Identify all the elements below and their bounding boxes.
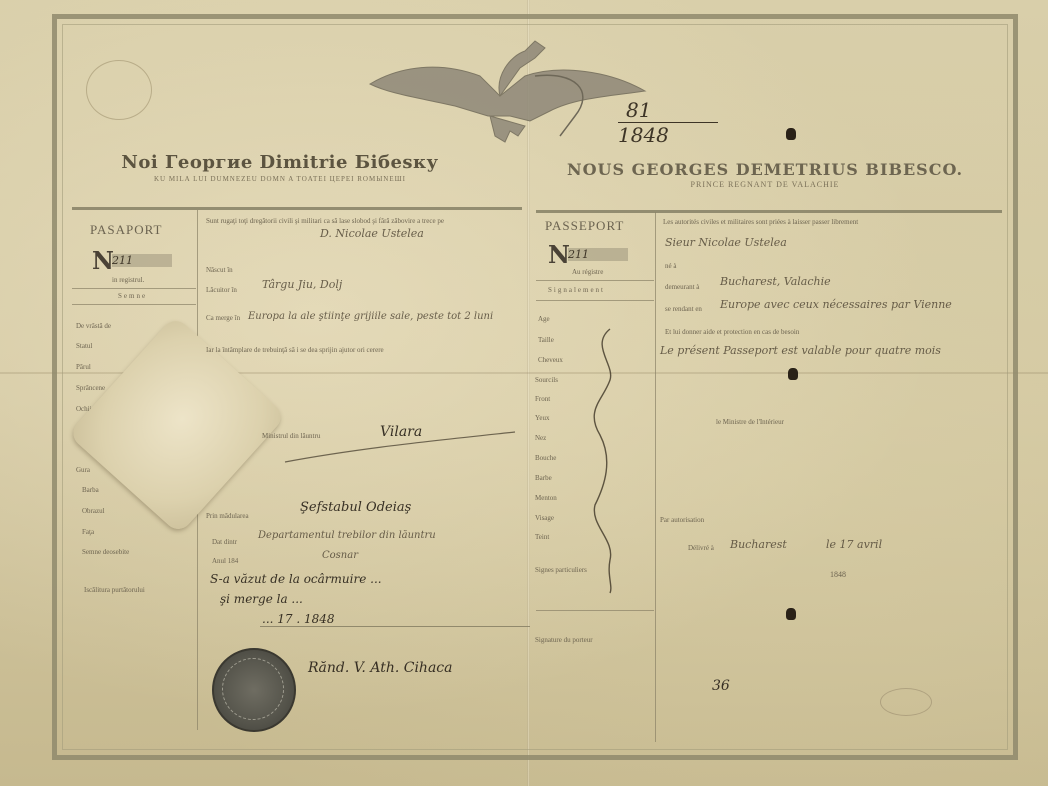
descriptor-label: Gura bbox=[76, 466, 90, 474]
header-rule-right bbox=[536, 210, 1002, 213]
damage-hole-icon bbox=[786, 128, 796, 140]
signature-flourish-icon bbox=[280, 428, 520, 468]
divider bbox=[536, 300, 654, 301]
official-seal-icon bbox=[212, 648, 296, 732]
help-text-french: Et lui donner aide et protection en cas … bbox=[665, 328, 799, 336]
descriptor-label: Cheveux bbox=[538, 356, 563, 364]
descriptor-label: Teint bbox=[535, 533, 549, 541]
authorization-label: Par autorisation bbox=[660, 516, 704, 524]
descriptor-label: Barbe bbox=[535, 474, 552, 482]
double-headed-eagle-icon bbox=[360, 36, 650, 146]
header-french: NOUS GEORGES DEMETRIUS BIBESCO. PRINCE R… bbox=[530, 160, 1000, 189]
right-panel-divider bbox=[655, 212, 656, 742]
descriptor-label: Statul bbox=[76, 342, 92, 350]
descriptor-label: Semne deosebite bbox=[82, 548, 129, 556]
blind-stamp-icon bbox=[880, 688, 932, 716]
endorsement-line: şi merge la ... bbox=[220, 592, 303, 606]
descriptor-label: Barba bbox=[82, 486, 99, 494]
validity-handwritten: Le présent Passeport est valable pour qu… bbox=[660, 344, 941, 357]
descriptor-label: Faţa bbox=[82, 528, 94, 536]
given-label: Dat dintr bbox=[212, 538, 237, 546]
intro-text-french: Les autorités civiles et militaires sont… bbox=[663, 218, 858, 226]
pasaport-number: 211 bbox=[112, 254, 172, 267]
registered-label: in registrul. bbox=[112, 276, 144, 284]
signature-porteur-label: Signature du porteur bbox=[535, 636, 593, 644]
descriptor-label: Sourcils bbox=[535, 376, 558, 384]
delivered-year: 1848 bbox=[830, 570, 846, 579]
descriptor-label: Menton bbox=[535, 494, 557, 502]
born-label: Născut în bbox=[206, 266, 233, 274]
descriptor-label: Părul bbox=[76, 363, 91, 371]
minister-label-french: le Ministre de l'Intérieur bbox=[716, 418, 784, 426]
intro-name-handwritten: D. Nicolae Ustelea bbox=[320, 227, 424, 240]
se-rendant-handwritten: Europe avec ceux nécessaires par Vienne bbox=[720, 298, 952, 311]
blind-stamp-icon bbox=[86, 60, 152, 120]
cancellation-squiggle-icon bbox=[585, 325, 625, 595]
demeurant-handwritten: Bucharest, Valachie bbox=[720, 275, 831, 288]
year-handwritten: Cosnar bbox=[322, 550, 358, 561]
delivered-place: Bucharest bbox=[730, 538, 787, 551]
descriptor-label: Age bbox=[538, 315, 550, 323]
document-number: 81 1848 bbox=[618, 100, 718, 145]
divider bbox=[536, 610, 654, 611]
endorsement-line: S-a văzut de la ocârmuire ... bbox=[210, 572, 382, 586]
bearer-signature-label: Iscălitura purtătorului bbox=[84, 586, 145, 594]
pasaport-number-prefix: N bbox=[92, 246, 114, 275]
prince-subtitle-romanian: KU MILA LUI DUMNEZEU DOMN A TOATEI ЦЕРЕI… bbox=[110, 175, 450, 183]
prince-title-french: NOUS GEORGES DEMETRIUS BIBESCO. bbox=[530, 160, 1000, 179]
descriptor-label: Yeux bbox=[535, 414, 549, 422]
semne-header: Semne bbox=[118, 292, 147, 300]
pasaport-label: PASAPORT bbox=[90, 222, 163, 238]
descriptor-label: Sprâncene bbox=[76, 384, 105, 392]
se-rendant-label: se rendant en bbox=[665, 305, 702, 313]
name-handwritten: Sieur Nicolae Ustelea bbox=[665, 236, 787, 249]
descriptor-label: Nez bbox=[535, 434, 546, 442]
lives-handwritten: Târgu Jiu, Dolj bbox=[262, 278, 342, 291]
header-rule-left bbox=[72, 207, 522, 210]
head-signature: Şefstabul Odeiaş bbox=[300, 500, 411, 515]
divider bbox=[72, 304, 196, 305]
descriptor-label: Front bbox=[535, 395, 550, 403]
intro-text-romanian: Sunt rugaţi toţi dregătorii civili şi mi… bbox=[206, 216, 526, 227]
signes-particuliers-label: Signes particuliers bbox=[535, 566, 587, 574]
descriptor-label: Taille bbox=[538, 336, 554, 344]
delivered-date: le 17 avril bbox=[826, 538, 882, 551]
endorsement-line: ... 17 . 1848 bbox=[262, 612, 335, 626]
year-label: Anul 184 bbox=[212, 557, 238, 565]
endorsement-rule bbox=[260, 626, 530, 627]
damage-hole-icon bbox=[786, 608, 796, 620]
descriptor-label: Obrazul bbox=[82, 507, 105, 515]
folio-mark: 36 bbox=[712, 678, 730, 694]
descriptor-label: Bouche bbox=[535, 454, 556, 462]
given-handwritten: Departamentul trebilor din lăuntru bbox=[258, 530, 436, 541]
demeurant-label: demeurant à bbox=[665, 283, 699, 291]
au-registre-label: Au régistre bbox=[572, 268, 603, 276]
lives-label: Lăcuitor în bbox=[206, 286, 237, 294]
passeport-label: PASSEPORT bbox=[545, 218, 624, 234]
signalement-header: Signalement bbox=[548, 286, 605, 294]
signer-signature: Rănd. V. Ath. Cihaca bbox=[308, 660, 452, 676]
header-romanian: Noi Георгие Dimitrie Бiбеsку KU MILA LUI… bbox=[110, 152, 450, 183]
ne-a-label: né à bbox=[665, 262, 676, 270]
passeport-number: 211 bbox=[568, 248, 628, 261]
divider bbox=[72, 288, 196, 289]
prince-title-romanian: Noi Георгие Dimitrie Бiбеsку bbox=[110, 152, 450, 173]
passeport-number-prefix: N bbox=[548, 240, 570, 269]
damage-hole-icon bbox=[788, 368, 798, 380]
going-handwritten: Europa la ale ştiinţe grijiile sale, pes… bbox=[248, 308, 523, 326]
going-label: Ca merge în bbox=[206, 314, 240, 322]
head-label: Prin mădularea bbox=[206, 512, 249, 520]
prince-subtitle-french: PRINCE REGNANT DE VALACHIE bbox=[530, 180, 1000, 189]
descriptor-label: Visage bbox=[535, 514, 554, 522]
descriptor-label: De vrâstă de bbox=[76, 322, 111, 330]
delivered-label: Délivré à bbox=[688, 544, 714, 552]
divider bbox=[536, 280, 654, 281]
help-text-romanian: Iar la întâmplare de trebuinţă să i se d… bbox=[206, 345, 526, 355]
